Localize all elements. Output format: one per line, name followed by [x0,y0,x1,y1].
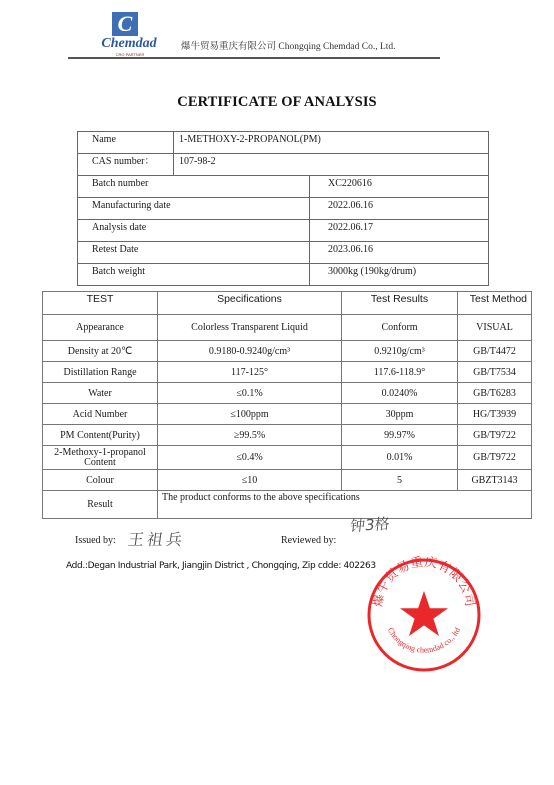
info-label: CAS number： [78,154,174,176]
test-cell-spec: ≤10 [158,470,342,491]
test-cell-result: 0.0240% [342,383,458,404]
test-cell-result: 0.01% [342,446,458,470]
info-label: Batch weight [78,264,310,286]
result-row: Result The product conforms to the above… [43,491,532,519]
result-label: Result [43,491,158,519]
test-cell-result: 117.6-118.9° [342,362,458,383]
stamp-bottom-text: Chongqing chemdad co., ltd [386,626,462,655]
test-row: 2-Methoxy-1-propanol Content≤0.4%0.01%GB… [43,446,532,470]
test-cell-method: VISUAL [458,315,532,341]
test-table-header: TEST Specifications Test Results Test Me… [43,292,532,315]
test-row: PM Content(Purity)≥99.5%99.97%GB/T9722 [43,425,532,446]
test-cell-spec: 0.9180-0.9240g/cm³ [158,341,342,362]
test-cell-result: 5 [342,470,458,491]
result-text: The product conforms to the above specif… [158,491,532,519]
info-value: 2022.06.17 [310,220,489,242]
test-cell-method: GB/T9722 [458,425,532,446]
test-cell-spec: ≤0.1% [158,383,342,404]
issued-by-label: Issued by: [75,535,116,547]
test-cell-spec: ≤0.4% [158,446,342,470]
test-row: Distillation Range117-125°117.6-118.9°GB… [43,362,532,383]
info-value: 3000kg (190kg/drum) [310,264,489,286]
test-cell-spec: ≤100ppm [158,404,342,425]
reviewed-by-label: Reviewed by: [281,535,336,547]
test-cell-result: 0.9210g/cm³ [342,341,458,362]
info-label: Manufacturing date [78,198,310,220]
info-value: 107-98-2 [174,154,489,176]
info-row: Retest Date 2023.06.16 [78,242,489,264]
column-header-test: TEST [43,292,158,315]
test-cell-test: Acid Number [43,404,158,425]
star-icon [400,591,448,636]
test-row: Acid Number≤100ppm30ppmHG/T3939 [43,404,532,425]
test-row: AppearanceColorless Transparent LiquidCo… [43,315,532,341]
test-cell-test: Appearance [43,315,158,341]
company-name: 爆牛贸易重庆有限公司 Chongqing Chemdad Co., Ltd. [181,41,396,53]
info-label: Analysis date [78,220,310,242]
test-cell-result: Conform [342,315,458,341]
test-cell-result: 99.97% [342,425,458,446]
reviewer-signature: 钟3格 [349,516,390,535]
info-value: XC220616 [310,176,489,198]
test-cell-method: GB/T4472 [458,341,532,362]
header-divider [68,57,440,59]
info-row-cas: CAS number： 107-98-2 [78,154,489,176]
company-logo-mark: C [112,12,138,36]
info-row: Manufacturing date 2022.06.16 [78,198,489,220]
test-cell-test: Distillation Range [43,362,158,383]
info-row: Batch number XC220616 [78,176,489,198]
test-cell-test: Density at 20℃ [43,341,158,362]
test-cell-test: 2-Methoxy-1-propanol Content [43,446,158,470]
product-info-table: Name 1-METHOXY-2-PROPANOL(PM) CAS number… [77,131,489,286]
column-header-specifications: Specifications [158,292,342,315]
info-value: 2023.06.16 [310,242,489,264]
test-cell-spec: ≥99.5% [158,425,342,446]
test-row: Density at 20℃0.9180-0.9240g/cm³0.9210g/… [43,341,532,362]
test-cell-test: Colour [43,470,158,491]
info-row: Analysis date 2022.06.17 [78,220,489,242]
company-logo-name: Chemdad [84,37,174,51]
test-cell-spec: 117-125° [158,362,342,383]
column-header-test-results: Test Results [342,292,458,315]
company-seal-stamp: 爆牛贸易重庆有限公司 Chongqing chemdad co., ltd [364,555,484,675]
company-address: Add.:Degan Industrial Park, Jiangjin Dis… [66,561,376,572]
column-header-test-method: Test Method [458,292,532,315]
test-cell-method: GB/T9722 [458,446,532,470]
info-value: 2022.06.16 [310,198,489,220]
info-row-name: Name 1-METHOXY-2-PROPANOL(PM) [78,132,489,154]
info-label: Batch number [78,176,310,198]
test-row: Water≤0.1%0.0240%GB/T6283 [43,383,532,404]
issuer-signature: 王祖兵 [127,531,187,549]
test-cell-spec: Colorless Transparent Liquid [158,315,342,341]
info-label: Name [78,132,174,154]
test-cell-method: GB/T6283 [458,383,532,404]
test-cell-test: PM Content(Purity) [43,425,158,446]
test-cell-result: 30ppm [342,404,458,425]
test-cell-method: HG/T3939 [458,404,532,425]
test-results-table: TEST Specifications Test Results Test Me… [42,291,532,519]
test-cell-test: Water [43,383,158,404]
info-row: Batch weight 3000kg (190kg/drum) [78,264,489,286]
document-title: CERTIFICATE OF ANALYSIS [0,93,554,111]
test-row: Colour≤105GBZT3143 [43,470,532,491]
test-cell-method: GB/T7534 [458,362,532,383]
test-cell-method: GBZT3143 [458,470,532,491]
info-value: 1-METHOXY-2-PROPANOL(PM) [174,132,489,154]
info-label: Retest Date [78,242,310,264]
